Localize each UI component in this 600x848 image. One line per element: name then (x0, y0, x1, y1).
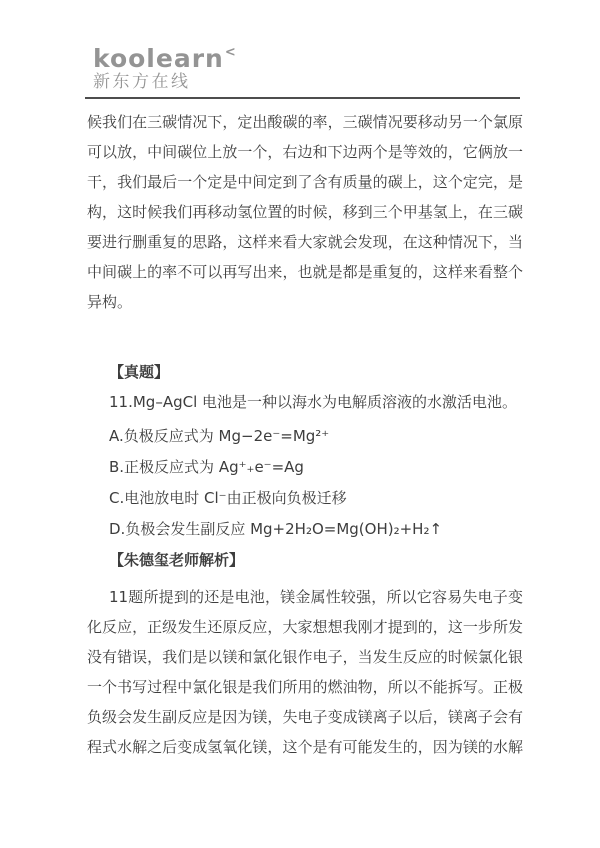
option-a: A.负极反应式为 Mg−2e⁻=Mg²⁺ (87, 421, 523, 452)
text-line: 一个书写过程中氯化银是我们所用的燃油物，所以不能拆写。正极这一端会产生氯离子，1 (87, 672, 523, 702)
text-line: 11题所提到的还是电池，镁金属性较强，所以它容易失电子变成镁离子，负机发生氧 (87, 582, 523, 612)
question-stem: 11.Mg–AgCl 电池是一种以海水为电解质溶液的水激活电池。下列叙述错误的是 (87, 387, 523, 418)
logo-subtitle: 新东方在线 (93, 74, 600, 91)
logo-wordmark-row: koolearn< (93, 46, 600, 71)
option-c: C.电池放电时 Cl⁻由正极向负极迁移 (87, 483, 523, 514)
text-line: 负级会发生副反应是因为镁，失电子变成镁离子以后，镁离子会有相应的水解，这个反应方 (87, 702, 523, 732)
text-line: 构，这时候我们再移动氢位置的时候，移到三个甲基氢上，在三碳第一次定的时候，我们还 (87, 197, 523, 227)
text-line: 要进行删重复的思路，这样来看大家就会发现，在这种情况下，当我在碳干的情况下，定到 (87, 227, 523, 257)
analysis-paragraph: 11题所提到的还是电池，镁金属性较强，所以它容易失电子变成镁离子，负机发生氧 化… (87, 582, 523, 762)
text-line: 可以放，中间碳位上放一个，右边和下边两个是等效的，它俩放一个就行。再看最后一个碳 (87, 137, 523, 167)
text-line: 中间碳上的率不可以再写出来，也就是都是重复的，这样来看整个C4H8C12有9种不… (87, 257, 523, 287)
text-line: 候我们在三碳情况下，定出酸碳的率，三碳情况要移动另一个氯原子，这是不是我们依次都 (87, 107, 523, 137)
logo-wordmark: koolearn (93, 44, 224, 73)
exam-question-header: 【真题】 (87, 357, 523, 387)
document-page: koolearn< 新东方在线 候我们在三碳情况下，定出酸碳的率，三碳情况要移动… (0, 0, 600, 848)
text-line: 没有错误，我们是以镁和氯化银作电子，当发生反应的时候氯化银并不能拆分成银离子，在 (87, 642, 523, 672)
option-b: B.正极反应式为 Ag⁺₊e⁻=Ag (87, 452, 523, 483)
text-line: 化反应，正级发生还原反应，大家想想我刚才提到的，这一步所发生的降价电子的还原法并 (87, 612, 523, 642)
transcript-paragraph: 候我们在三碳情况下，定出酸碳的率，三碳情况要移动另一个氯原子，这是不是我们依次都… (87, 107, 523, 317)
text-line: 异构。 (87, 287, 523, 317)
text-line: 程式水解之后变成氢氧化镁，这个是有可能发生的，因为镁的水解是有关对应存在的，这道 (87, 732, 523, 762)
analysis-header: 【朱德玺老师解析】 (87, 545, 523, 576)
document-content: 候我们在三碳情况下，定出酸碳的率，三碳情况要移动另一个氯原子，这是不是我们依次都… (0, 99, 600, 762)
option-d: D.负极会发生副反应 Mg+2H₂O=Mg(OH)₂+H₂↑ (87, 514, 523, 545)
text-line: 干，我们最后一个定是中间定到了含有质量的碳上，这个定完，是不是四碳都连接了整体结 (87, 167, 523, 197)
brand-logo: koolearn< 新东方在线 (0, 0, 600, 91)
logo-chevron-icon: < (225, 45, 236, 60)
